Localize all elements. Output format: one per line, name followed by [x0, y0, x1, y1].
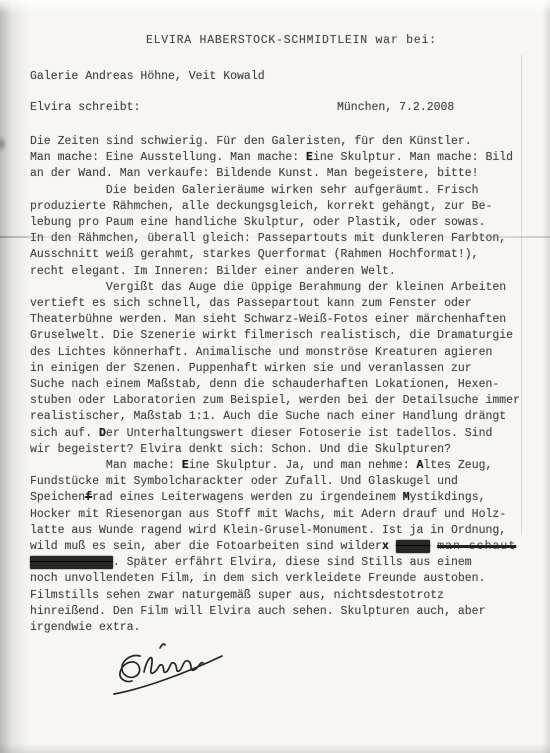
body-segment: in einigen der Szenen. Puppenhaft wirken…	[30, 362, 472, 375]
scanned-letter-page: ELVIRA HABERSTOCK-SCHMIDTLEIN war bei: G…	[0, 0, 550, 753]
body-segment-strike: man schaut	[437, 540, 516, 553]
signature: Elvira	[104, 628, 234, 700]
body-segment: Vergißt das Auge die üppige Berahmung de…	[30, 281, 506, 294]
body-segment-overtype: E	[182, 459, 189, 472]
body-segment: Fundstücke mit Symbolcharackter oder Zuf…	[30, 475, 458, 488]
body-segment: sich auf.	[30, 427, 99, 440]
letter-body: Die Zeiten sind schwierig. Für den Galer…	[30, 134, 535, 636]
body-segment: rad eines Leiterwagens werden zu irgende…	[92, 491, 403, 504]
body-line: wir begeistert? Elvira denkt sich: Schon…	[30, 442, 535, 458]
body-segment: Filmstills sehen zwar naturgemäß super a…	[30, 589, 444, 602]
body-segment: lebung pro Paum eine handliche Skulptur,…	[30, 216, 485, 229]
body-line: produzierte Rähmchen, alle deckungsgleic…	[30, 199, 535, 215]
body-line: Ausschnitt weiß gerahmt, starkes Querfor…	[30, 247, 535, 263]
body-segment: ine Skulptur. Ja, und man nehme:	[189, 459, 417, 472]
body-line: in einigen der Szenen. Puppenhaft wirken…	[30, 361, 535, 377]
body-line: Man mache: Eine Skulptur. Ja, und man ne…	[30, 458, 535, 474]
body-segment	[389, 540, 396, 553]
body-segment: Die Zeiten sind schwierig. Für den Galer…	[30, 135, 472, 148]
ink-smudge	[0, 136, 7, 152]
scan-highlight-top	[0, 0, 550, 14]
body-segment-overtype: D	[99, 427, 106, 440]
body-segment: an der Wand. Man verkaufe: Bildende Kuns…	[30, 167, 479, 180]
body-segment-redact	[30, 556, 113, 569]
body-line: lebung pro Paum eine handliche Skulptur,…	[30, 215, 535, 231]
body-segment: produzierte Rähmchen, alle deckungsgleic…	[30, 200, 492, 213]
body-segment: er Unterhaltungswert dieser Fotoserie is…	[106, 427, 492, 440]
body-segment-overtype: x	[382, 540, 389, 553]
body-segment: recht elegant. Im Inneren: Bilder einer …	[30, 265, 396, 278]
body-segment: wild muß es sein, aber die Fotoarbeiten …	[30, 540, 382, 553]
body-segment: latte aus Wunde ragend wird Klein-Grusel…	[30, 524, 506, 537]
body-segment: Speichen	[30, 491, 85, 504]
body-line: . Später erfährt Elvira, diese sind Stil…	[30, 555, 535, 571]
body-segment: Theaterbühne werden. Man sieht Schwarz-W…	[30, 313, 506, 326]
body-line: Filmstills sehen zwar naturgemäß super a…	[30, 588, 535, 604]
body-line: recht elegant. Im Inneren: Bilder einer …	[30, 264, 535, 280]
body-line: Gruselwelt. Die Szenerie wirkt filmerisc…	[30, 328, 535, 344]
body-line: hinreißend. Den Film will Elvira auch se…	[30, 604, 535, 620]
scan-shadow-right	[542, 0, 550, 753]
body-segment: stuben oder Laboratorien zum Beispiel, w…	[30, 394, 520, 407]
body-line: vertieft es sich schnell, das Passeparto…	[30, 296, 535, 312]
body-segment: realistischer, Maßstab 1:1. Auch die Suc…	[30, 410, 506, 423]
body-segment: vertieft es sich schnell, das Passeparto…	[30, 297, 472, 310]
body-segment-redact	[396, 540, 431, 553]
body-segment: wir begeistert? Elvira denkt sich: Schon…	[30, 443, 451, 456]
body-line: Die beiden Galerieräume wirken sehr aufg…	[30, 183, 535, 199]
signature-handwriting-icon	[104, 628, 234, 700]
scan-shadow-bottom	[0, 743, 550, 753]
body-line: noch unvollendeten Film, in dem sich ver…	[30, 571, 535, 587]
scan-shadow-left	[0, 0, 30, 753]
body-line: Hocker mit Riesenorgan aus Stoff mit Wac…	[30, 507, 535, 523]
body-segment: Man mache:	[30, 459, 182, 472]
salutation-line: Elvira schreibt:	[30, 100, 140, 116]
body-segment: Gruselwelt. Die Szenerie wirkt filmerisc…	[30, 329, 513, 342]
body-line: Theaterbühne werden. Man sieht Schwarz-W…	[30, 312, 535, 328]
body-segment: ine Skulptur. Man mache: Bild	[313, 151, 513, 164]
dateline: München, 7.2.2008	[337, 100, 454, 116]
body-line: des Lichtes könnerhaft. Animalische und …	[30, 345, 535, 361]
body-line: latte aus Wunde ragend wird Klein-Grusel…	[30, 523, 535, 539]
body-segment: ystikdings,	[410, 491, 486, 504]
body-line: an der Wand. Man verkaufe: Bildende Kuns…	[30, 166, 535, 182]
body-segment: Suche nach einem Maßstab, denn die schau…	[30, 378, 499, 391]
body-segment-overtype: E	[306, 151, 313, 164]
body-segment: hinreißend. Den Film will Elvira auch se…	[30, 605, 485, 618]
body-segment: Ausschnitt weiß gerahmt, starkes Querfor…	[30, 248, 479, 261]
body-segment: Man mache: Eine Ausstellung. Man mache:	[30, 151, 306, 164]
body-line: Fundstücke mit Symbolcharackter oder Zuf…	[30, 474, 535, 490]
body-line: stuben oder Laboratorien zum Beispiel, w…	[30, 393, 535, 409]
body-segment: noch unvollendeten Film, in dem sich ver…	[30, 572, 485, 585]
body-segment: In den Rähmchen, überall gleich: Passepa…	[30, 232, 506, 245]
body-line: sich auf. Der Unterhaltungswert dieser F…	[30, 426, 535, 442]
body-segment: Hocker mit Riesenorgan aus Stoff mit Wac…	[30, 508, 506, 521]
body-segment: Die beiden Galerieräume wirken sehr aufg…	[30, 184, 479, 197]
body-line: Die Zeiten sind schwierig. Für den Galer…	[30, 134, 535, 150]
body-segment: . Später erfährt Elvira, diese sind Stil…	[113, 556, 472, 569]
body-line: wild muß es sein, aber die Fotoarbeiten …	[30, 539, 535, 555]
body-line: Vergißt das Auge die üppige Berahmung de…	[30, 280, 535, 296]
body-line: Speichenfrad eines Leiterwagens werden z…	[30, 490, 535, 506]
body-line: Man mache: Eine Ausstellung. Man mache: …	[30, 150, 535, 166]
body-segment-overtype: M	[403, 491, 410, 504]
body-segment: ltes Zeug,	[423, 459, 492, 472]
body-line: Suche nach einem Maßstab, denn die schau…	[30, 377, 535, 393]
body-segment: des Lichtes könnerhaft. Animalische und …	[30, 346, 492, 359]
body-line: In den Rähmchen, überall gleich: Passepa…	[30, 231, 535, 247]
letter-title: ELVIRA HABERSTOCK-SCHMIDTLEIN war bei:	[146, 33, 437, 49]
gallery-line: Galerie Andreas Höhne, Veit Kowald	[30, 69, 265, 85]
body-line: realistischer, Maßstab 1:1. Auch die Suc…	[30, 409, 535, 425]
